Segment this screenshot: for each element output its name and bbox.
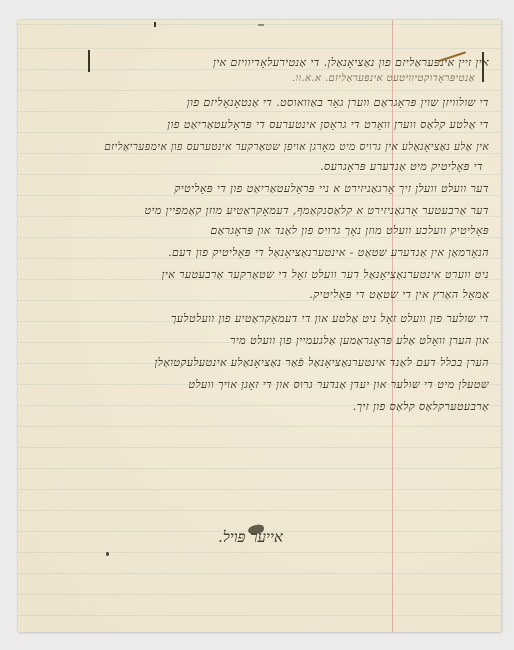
- text-line: פּאָליטיק וועלכע וועלט מוזן נאָך גרויס פ…: [210, 224, 489, 238]
- text-line: די שולוויזן שוין פּראָגראַם ווערן גאָר ב…: [187, 96, 489, 110]
- top-mark: [154, 22, 156, 27]
- signature: אייער פּויל.: [218, 528, 283, 547]
- text-line: אַרבעטערקלאַס קלאַס פון זיך.: [353, 400, 489, 414]
- text-line: דער אַרבעטער אָרגאַניזירט א קלאַסנקאַמף,…: [144, 204, 489, 218]
- text-line: אַנטיפּראָדוקטיוויטעט אינפּעראַליזם. א.א…: [292, 72, 475, 86]
- text-line: די שולער פון וועלט זאָל ניט אַלטע און די…: [171, 312, 489, 326]
- text-line: דער וועלט וועלן זיך אָרגאַניזירט א ניי פ…: [174, 182, 489, 196]
- text-line: און הערן וואָלט אַלע פּראָגראַמען אַלגעמ…: [230, 334, 489, 348]
- red-margin-line: [392, 20, 393, 632]
- text-line: די אַלטע קלאַס ווערן וואָרט די גראָסן אי…: [167, 118, 489, 132]
- letter-page: אין זיין אינפּעראַליזם פון נאַציאָנאַלן.…: [18, 20, 501, 632]
- ink-stroke: [482, 52, 484, 82]
- text-line: הערן בכלל דעם לאַנד אינטערנאַציאָנאַל פֿ…: [154, 356, 489, 370]
- ink-dot: [106, 552, 109, 556]
- text-line: הנאָרמאַן אין אַנדערע שטאַט - אינטערנאַצ…: [168, 246, 489, 260]
- ink-stroke: [88, 50, 90, 72]
- text-line: ניט ווערט אינטערנאַציאָנאַל דער וועלט זא…: [162, 268, 489, 282]
- text-line: די פּאָליטיק מיט אַנדערע פּראָגרעס.: [320, 160, 483, 174]
- top-mark: [258, 24, 264, 26]
- text-line: שטעלן מיט די שולער און יעדן אַנדער גרוס …: [188, 378, 489, 392]
- text-line: אַמאָל האַרץ אין די שטאַט די פּאָליטיק.: [309, 288, 489, 302]
- text-line: אין אַלע נאַציאָנאַלע אין גרויס מיט מאָר…: [104, 140, 489, 154]
